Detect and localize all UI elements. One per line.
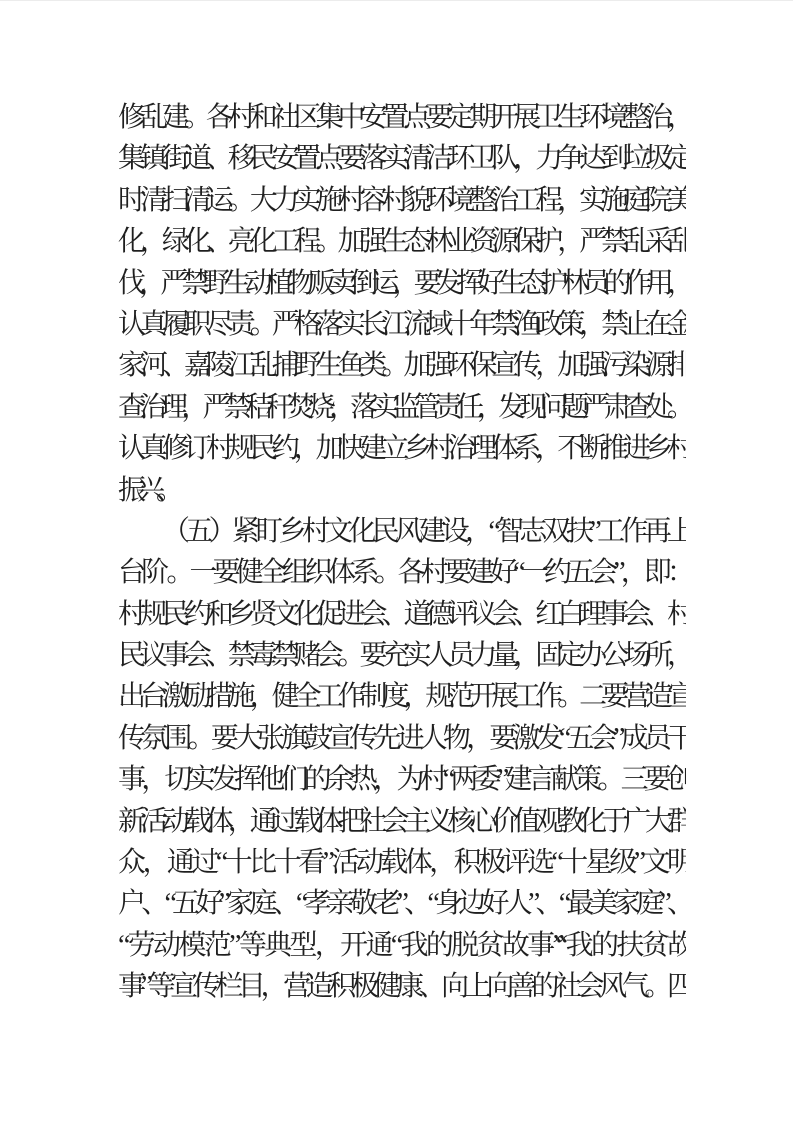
text-line: 认真修订村规民约，加快建立乡村治理体系，不断推进乡村 bbox=[118, 428, 686, 469]
text-line: 化，绿化、亮化工程。加强生态林业资源保护，严禁乱采乱 bbox=[118, 221, 686, 262]
text-line: 认真履职尽责。严格落实长江流域十年禁渔政策，禁止在金 bbox=[118, 304, 686, 345]
text-line: 时清扫清运。大力实施村容村貌环境整治工程，实施庭院美 bbox=[118, 180, 686, 221]
text-line: 众，通过“十比十看”活动载体，积极评选“十星级”文明 bbox=[118, 842, 686, 883]
text-line: “劳动模范”等典型，开通“我的脱贫故事”“我的扶贫故 bbox=[118, 925, 686, 966]
text-line: 民议事会、禁毒禁赌会。要充实人员力量，固定办公场所， bbox=[118, 635, 686, 676]
text-line: 村规民约和乡贤文化促进会、道德评议会、红白理事会、村 bbox=[118, 594, 686, 635]
paragraph: 修乱建。各村和社区集中安置点要定期开展卫生环境整治，集镇街道、移民安置点要落实清… bbox=[118, 97, 686, 511]
text-line: 事，切实发挥他们的余热，为村“两委”建言献策。三要创 bbox=[118, 759, 686, 800]
text-line: 事”等宣传栏目，营造积极健康、向上向善的社会风气。四 bbox=[118, 966, 686, 1007]
text-line: 集镇街道、移民安置点要落实清洁环卫队，力争达到垃圾定 bbox=[118, 138, 686, 179]
page-top-edge bbox=[0, 0, 793, 1]
text-line: 出台激励措施，健全工作制度，规范开展工作。二要营造宣 bbox=[118, 676, 686, 717]
text-line: 户、“五好”家庭、“孝亲敬老”、“身边好人”、“最美家庭”、 bbox=[118, 883, 686, 924]
document-body: 修乱建。各村和社区集中安置点要定期开展卫生环境整治，集镇街道、移民安置点要落实清… bbox=[118, 97, 686, 1008]
text-line: 查治理，严禁秸秆焚烧，落实监管责任，发现问题严肃查处。 bbox=[118, 387, 686, 428]
text-line: （五）紧盯乡村文化民风建设，“智志双扶”工作再上 bbox=[118, 511, 686, 552]
text-line: 新活动载体，通过载体把社会主义核心价值观教化于广大群 bbox=[118, 801, 686, 842]
paragraph: （五）紧盯乡村文化民风建设，“智志双扶”工作再上台阶 。一要健全组织体系。各村要… bbox=[118, 511, 686, 1008]
text-line: 传氛围。要大张旗鼓宣传先进人物，要激发“五会”成员干 bbox=[118, 718, 686, 759]
text-line: 伐，严禁野生动植物贩卖倒运，要发挥好生态护林员的作用， bbox=[118, 263, 686, 304]
text-line: 家河、嘉陵江乱捕野生鱼类。加强环保宣传，加强污染源排 bbox=[118, 345, 686, 386]
text-line: 振兴。 bbox=[118, 470, 686, 511]
text-line: 修乱建。各村和社区集中安置点要定期开展卫生环境整治， bbox=[118, 97, 686, 138]
text-line: 台阶 。一要健全组织体系。各村要建好“一约五会”，即： bbox=[118, 552, 686, 593]
document-page: 修乱建。各村和社区集中安置点要定期开展卫生环境整治，集镇街道、移民安置点要落实清… bbox=[0, 0, 793, 1122]
